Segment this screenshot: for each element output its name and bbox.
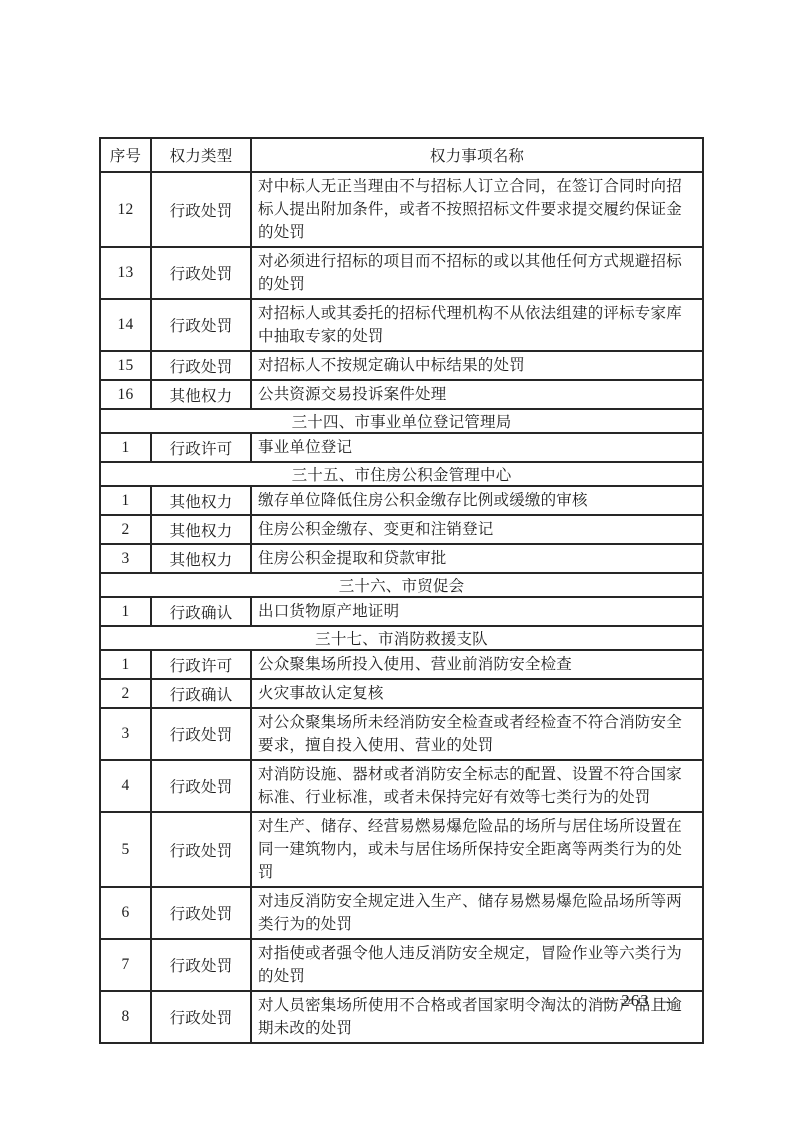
- table-row: 2行政确认火灾事故认定复核: [100, 679, 703, 708]
- power-item-name: 对违反消防安全规定进入生产、储存易燃易爆危险品场所等两类行为的处罚: [251, 887, 703, 939]
- section-row: 三十七、市消防救援支队: [100, 626, 703, 650]
- power-type: 行政确认: [151, 679, 251, 708]
- power-item-name: 对中标人无正当理由不与招标人订立合同，在签订合同时向招标人提出附加条件，或者不按…: [251, 172, 703, 247]
- row-number: 15: [100, 351, 151, 380]
- power-type: 行政处罚: [151, 299, 251, 351]
- row-number: 3: [100, 544, 151, 573]
- table-header-row: 序号 权力类型 权力事项名称: [100, 138, 703, 172]
- power-type: 行政许可: [151, 433, 251, 462]
- power-type: 行政处罚: [151, 708, 251, 760]
- row-number: 2: [100, 679, 151, 708]
- table-row: 4行政处罚对消防设施、器材或者消防安全标志的配置、设置不符合国家标准、行业标准，…: [100, 760, 703, 812]
- power-type: 行政处罚: [151, 812, 251, 887]
- power-type: 行政许可: [151, 650, 251, 679]
- row-number: 5: [100, 812, 151, 887]
- row-number: 1: [100, 486, 151, 515]
- row-number: 1: [100, 597, 151, 626]
- row-number: 12: [100, 172, 151, 247]
- row-number: 13: [100, 247, 151, 299]
- table-body: 12行政处罚对中标人无正当理由不与招标人订立合同，在签订合同时向招标人提出附加条…: [100, 172, 703, 1043]
- table-row: 2其他权力住房公积金缴存、变更和注销登记: [100, 515, 703, 544]
- power-item-name: 对指使或者强令他人违反消防安全规定，冒险作业等六类行为的处罚: [251, 939, 703, 991]
- power-item-name: 公众聚集场所投入使用、营业前消防安全检查: [251, 650, 703, 679]
- power-type: 行政处罚: [151, 760, 251, 812]
- table-row: 13行政处罚对必须进行招标的项目而不招标的或以其他任何方式规避招标的处罚: [100, 247, 703, 299]
- table-row: 1行政确认出口货物原产地证明: [100, 597, 703, 626]
- power-type: 其他权力: [151, 380, 251, 409]
- header-power-type: 权力类型: [151, 138, 251, 172]
- document-page: 序号 权力类型 权力事项名称 12行政处罚对中标人无正当理由不与招标人订立合同，…: [0, 0, 793, 1122]
- table-row: 3行政处罚对公众聚集场所未经消防安全检查或者经检查不符合消防安全要求，擅自投入使…: [100, 708, 703, 760]
- row-number: 1: [100, 650, 151, 679]
- table-row: 6行政处罚对违反消防安全规定进入生产、储存易燃易爆危险品场所等两类行为的处罚: [100, 887, 703, 939]
- power-type: 行政处罚: [151, 887, 251, 939]
- power-item-name: 对招标人或其委托的招标代理机构不从依法组建的评标专家库中抽取专家的处罚: [251, 299, 703, 351]
- table-row: 1行政许可事业单位登记: [100, 433, 703, 462]
- header-power-item-name: 权力事项名称: [251, 138, 703, 172]
- row-number: 4: [100, 760, 151, 812]
- table-row: 12行政处罚对中标人无正当理由不与招标人订立合同，在签订合同时向招标人提出附加条…: [100, 172, 703, 247]
- power-item-name: 对生产、储存、经营易燃易爆危险品的场所与居住场所设置在同一建筑物内，或未与居住场…: [251, 812, 703, 887]
- page-number: — 263 —: [598, 991, 673, 1011]
- section-title: 三十五、市住房公积金管理中心: [100, 462, 703, 486]
- row-number: 7: [100, 939, 151, 991]
- power-item-name: 火灾事故认定复核: [251, 679, 703, 708]
- section-title: 三十七、市消防救援支队: [100, 626, 703, 650]
- power-type: 其他权力: [151, 544, 251, 573]
- table-row: 1行政许可公众聚集场所投入使用、营业前消防安全检查: [100, 650, 703, 679]
- row-number: 1: [100, 433, 151, 462]
- table-row: 15行政处罚对招标人不按规定确认中标结果的处罚: [100, 351, 703, 380]
- section-row: 三十六、市贸促会: [100, 573, 703, 597]
- row-number: 2: [100, 515, 151, 544]
- table-row: 1其他权力缴存单位降低住房公积金缴存比例或缓缴的审核: [100, 486, 703, 515]
- row-number: 3: [100, 708, 151, 760]
- power-item-name: 对招标人不按规定确认中标结果的处罚: [251, 351, 703, 380]
- power-type: 行政处罚: [151, 939, 251, 991]
- power-type: 行政处罚: [151, 991, 251, 1043]
- power-item-name: 住房公积金提取和贷款审批: [251, 544, 703, 573]
- power-item-name: 对必须进行招标的项目而不招标的或以其他任何方式规避招标的处罚: [251, 247, 703, 299]
- row-number: 6: [100, 887, 151, 939]
- table-row: 7行政处罚对指使或者强令他人违反消防安全规定，冒险作业等六类行为的处罚: [100, 939, 703, 991]
- power-type: 行政确认: [151, 597, 251, 626]
- header-no: 序号: [100, 138, 151, 172]
- power-item-name: 对公众聚集场所未经消防安全检查或者经检查不符合消防安全要求，擅自投入使用、营业的…: [251, 708, 703, 760]
- table-row: 14行政处罚对招标人或其委托的招标代理机构不从依法组建的评标专家库中抽取专家的处…: [100, 299, 703, 351]
- power-item-name: 缴存单位降低住房公积金缴存比例或缓缴的审核: [251, 486, 703, 515]
- power-items-table: 序号 权力类型 权力事项名称 12行政处罚对中标人无正当理由不与招标人订立合同，…: [99, 137, 704, 1044]
- power-type: 行政处罚: [151, 247, 251, 299]
- power-item-name: 住房公积金缴存、变更和注销登记: [251, 515, 703, 544]
- section-title: 三十六、市贸促会: [100, 573, 703, 597]
- row-number: 16: [100, 380, 151, 409]
- power-item-name: 事业单位登记: [251, 433, 703, 462]
- power-item-name: 公共资源交易投诉案件处理: [251, 380, 703, 409]
- power-item-name: 对消防设施、器材或者消防安全标志的配置、设置不符合国家标准、行业标准，或者未保持…: [251, 760, 703, 812]
- power-type: 行政处罚: [151, 172, 251, 247]
- power-item-name: 出口货物原产地证明: [251, 597, 703, 626]
- section-row: 三十四、市事业单位登记管理局: [100, 409, 703, 433]
- row-number: 8: [100, 991, 151, 1043]
- table-row: 16其他权力公共资源交易投诉案件处理: [100, 380, 703, 409]
- power-type: 行政处罚: [151, 351, 251, 380]
- table-row: 5行政处罚对生产、储存、经营易燃易爆危险品的场所与居住场所设置在同一建筑物内，或…: [100, 812, 703, 887]
- section-title: 三十四、市事业单位登记管理局: [100, 409, 703, 433]
- power-type: 其他权力: [151, 515, 251, 544]
- power-type: 其他权力: [151, 486, 251, 515]
- table-row: 3其他权力住房公积金提取和贷款审批: [100, 544, 703, 573]
- section-row: 三十五、市住房公积金管理中心: [100, 462, 703, 486]
- row-number: 14: [100, 299, 151, 351]
